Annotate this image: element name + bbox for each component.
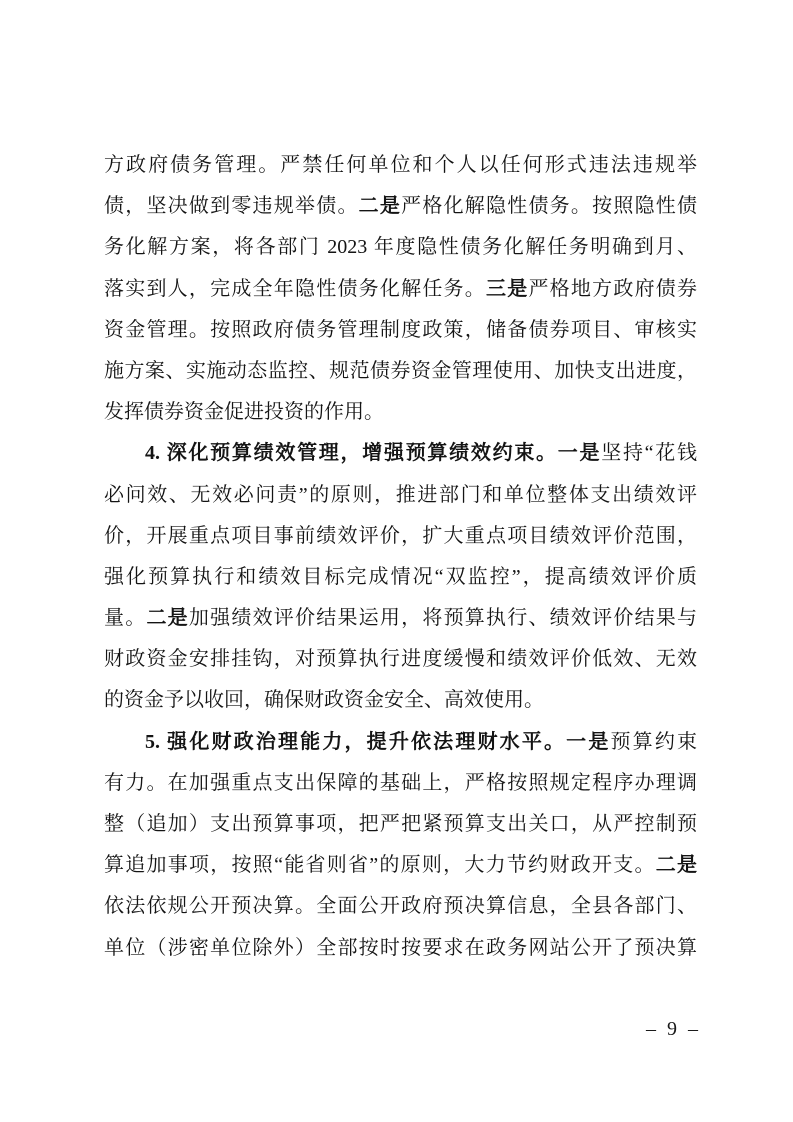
text-run: 预算约束 xyxy=(611,731,698,753)
document-body: 方政府债务管理。严禁任何单位和个人以任何形式违法违规举债，坚决做到零违规举债。二… xyxy=(104,145,697,969)
text-run: 施方案、实施动态监控、规范债券资金管理使用、加快支出进度， xyxy=(104,360,697,382)
bold-text-run: 三是 xyxy=(486,278,528,300)
bold-text-run: 二是 xyxy=(656,854,697,876)
text-line: 有力。在加强重点支出保障的基础上，严格按照规定程序办理调 xyxy=(104,763,697,804)
text-line: 整（追加）支出预算事项，把严把紧预算支出关口，从严控制预 xyxy=(104,804,697,845)
text-run: 强化预算执行和绩效目标完成情况“双监控”，提高绩效评价质 xyxy=(104,566,697,588)
text-line: 必问效、无效必问责”的原则，推进部门和单位整体支出绩效评 xyxy=(104,475,697,516)
text-line: 债，坚决做到零违规举债。二是严格化解隐性债务。按照隐性债 xyxy=(104,186,697,227)
text-line: 单位（涉密单位除外）全部按时按要求在政务网站公开了预决算 xyxy=(104,928,697,969)
text-line: 方政府债务管理。严禁任何单位和个人以任何形式违法违规举 xyxy=(104,145,697,186)
text-run: 价，开展重点项目事前绩效评价，扩大重点项目绩效评价范围， xyxy=(104,525,697,547)
text-run: 单位（涉密单位除外）全部按时按要求在政务网站公开了预决算 xyxy=(104,937,697,959)
text-line: 4. 深化预算绩效管理，增强预算绩效约束。一是坚持“花钱 xyxy=(104,433,697,474)
text-run: 量。 xyxy=(104,607,146,629)
text-run: 必问效、无效必问责”的原则，推进部门和单位整体支出绩效评 xyxy=(104,484,697,506)
bold-text-run: 二是 xyxy=(146,607,188,629)
text-run: 加强绩效评价结果运用，将预算执行、绩效评价结果与 xyxy=(189,607,697,629)
bold-text-run: 4. 深化预算绩效管理，增强预算绩效约束。一是 xyxy=(145,442,601,464)
text-run: 财政资金安排挂钩，对预算执行进度缓慢和绩效评价低效、无效 xyxy=(104,648,697,670)
document-page: 方政府债务管理。严禁任何单位和个人以任何形式违法违规举债，坚决做到零违规举债。二… xyxy=(0,0,793,1122)
text-run: 债，坚决做到零违规举债。 xyxy=(104,195,359,217)
bold-text-run: 5. 强化财政治理能力，提升依法理财水平。一是 xyxy=(145,731,611,753)
text-run: 落实到人，完成全年隐性债务化解任务。 xyxy=(104,278,486,300)
text-run: 严格地方政府债券 xyxy=(528,278,697,300)
text-line: 依法依规公开预决算。全面公开政府预决算信息，全县各部门、 xyxy=(104,886,697,927)
text-run: 依法依规公开预决算。全面公开政府预决算信息，全县各部门、 xyxy=(104,895,697,917)
text-line: 强化预算执行和绩效目标完成情况“双监控”，提高绩效评价质 xyxy=(104,557,697,598)
text-run: 坚持“花钱 xyxy=(601,442,697,464)
text-line: 财政资金安排挂钩，对预算执行进度缓慢和绩效评价低效、无效 xyxy=(104,639,697,680)
text-run: 方政府债务管理。严禁任何单位和个人以任何形式违法违规举 xyxy=(104,154,697,176)
text-line: 施方案、实施动态监控、规范债券资金管理使用、加快支出进度， xyxy=(104,351,697,392)
text-line: 务化解方案，将各部门 2023 年度隐性债务化解任务明确到月、 xyxy=(104,227,697,268)
text-line: 5. 强化财政治理能力，提升依法理财水平。一是预算约束 xyxy=(104,722,697,763)
text-line: 的资金予以收回，确保财政资金安全、高效使用。 xyxy=(104,680,697,721)
text-run: 有力。在加强重点支出保障的基础上，严格按照规定程序办理调 xyxy=(104,772,697,794)
text-line: 资金管理。按照政府债务管理制度政策，储备债券项目、审核实 xyxy=(104,310,697,351)
page-number: – 9 – xyxy=(646,1018,701,1041)
text-line: 算追加事项，按照“能省则省”的原则，大力节约财政开支。二是 xyxy=(104,845,697,886)
text-run: 发挥债券资金促进投资的作用。 xyxy=(104,401,384,423)
text-run: 算追加事项，按照“能省则省”的原则，大力节约财政开支。 xyxy=(104,854,656,876)
text-run: 的资金予以收回，确保财政资金安全、高效使用。 xyxy=(104,689,544,711)
bold-text-run: 二是 xyxy=(359,195,401,217)
text-run: 务化解方案，将各部门 2023 年度隐性债务化解任务明确到月、 xyxy=(104,236,697,258)
text-run: 资金管理。按照政府债务管理制度政策，储备债券项目、审核实 xyxy=(104,319,697,341)
text-line: 落实到人，完成全年隐性债务化解任务。三是严格地方政府债券 xyxy=(104,269,697,310)
text-line: 价，开展重点项目事前绩效评价，扩大重点项目绩效评价范围， xyxy=(104,516,697,557)
text-line: 量。二是加强绩效评价结果运用，将预算执行、绩效评价结果与 xyxy=(104,598,697,639)
text-run: 整（追加）支出预算事项，把严把紧预算支出关口，从严控制预 xyxy=(104,813,697,835)
text-run: 严格化解隐性债务。按照隐性债 xyxy=(401,195,697,217)
text-line: 发挥债券资金促进投资的作用。 xyxy=(104,392,697,433)
